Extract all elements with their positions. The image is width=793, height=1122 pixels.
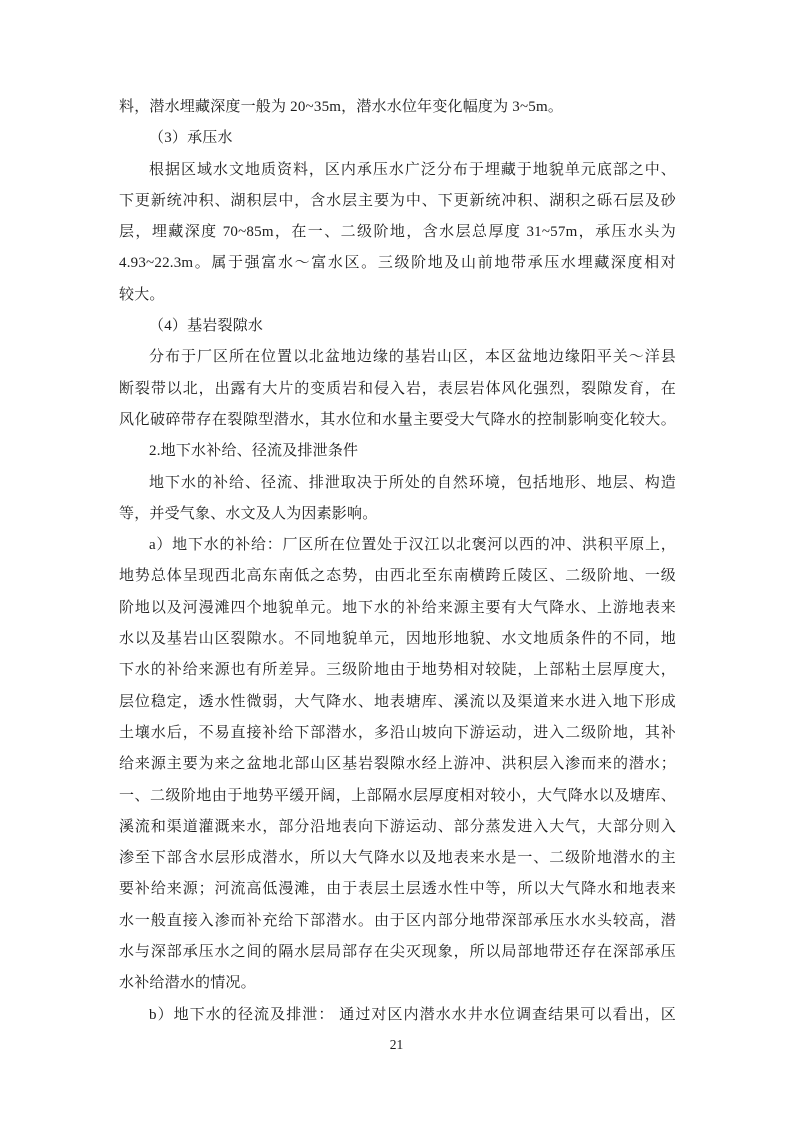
document-page: 料，潜水埋藏深度一般为 20~35m，潜水水位年变化幅度为 3~5m。 （3）承…: [0, 0, 793, 1122]
text-line: 根据区域水文地质资料，区内承压水广泛分布于埋藏于地貌单元底部之中、: [119, 155, 676, 186]
text-line: （3）承压水: [119, 123, 676, 154]
section-heading: 2.地下水补给、径流及排泄条件: [119, 436, 676, 467]
text-line: 土壤水后，不易直接补给下部潜水，多沿山坡向下游运动，进入二级阶地，其补: [119, 718, 676, 749]
text-line: 断裂带以北，出露有大片的变质岩和侵入岩，表层岩体风化强烈，裂隙发育，在: [119, 374, 676, 405]
text-line: 4.93~22.3m。属于强富水～富水区。三级阶地及山前地带承压水埋藏深度相对: [119, 248, 676, 279]
text-line: 水与深部承压水之间的隔水层局部存在尖灭现象，所以局部地带还存在深部承压: [119, 937, 676, 968]
text-line: 较大。: [119, 280, 676, 311]
text-line: 水一般直接入渗而补充给下部潜水。由于区内部分地带深部承压水水头较高，潜: [119, 906, 676, 937]
text-line: 分布于厂区所在位置以北盆地边缘的基岩山区，本区盆地边缘阳平关～洋县: [119, 342, 676, 373]
text-line: 料，潜水埋藏深度一般为 20~35m，潜水水位年变化幅度为 3~5m。: [119, 92, 676, 123]
text-line: 溪流和渠道灌溉来水，部分沿地表向下游运动、部分蒸发进入大气，大部分则入: [119, 812, 676, 843]
text-line: 层位稳定，透水性微弱，大气降水、地表塘库、溪流以及渠道来水进入地下形成: [119, 687, 676, 718]
text-line: （4）基岩裂隙水: [119, 311, 676, 342]
text-line: 下更新统冲积、湖积层中，含水层主要为中、下更新统冲积、湖积之砾石层及砂: [119, 186, 676, 217]
text-line: 下水的补给来源也有所差异。三级阶地由于地势相对较陡，上部粘土层厚度大，: [119, 655, 676, 686]
text-line: a）地下水的补给：厂区所在位置处于汉江以北褒河以西的冲、洪积平原上，: [119, 530, 676, 561]
page-body: 料，潜水埋藏深度一般为 20~35m，潜水水位年变化幅度为 3~5m。 （3）承…: [119, 92, 676, 1031]
text-line: 等，并受气象、水文及人为因素影响。: [119, 499, 676, 530]
text-line: 风化破碎带存在裂隙型潜水，其水位和水量主要受大气降水的控制影响变化较大。: [119, 405, 676, 436]
text-line: 层，埋藏深度 70~85m，在一、二级阶地，含水层总厚度 31~57m，承压水头…: [119, 217, 676, 248]
page-number: 21: [0, 1037, 793, 1053]
text-line: 地势总体呈现西北高东南低之态势，由西北至东南横跨丘陵区、二级阶地、一级: [119, 561, 676, 592]
text-line: 给来源主要为来之盆地北部山区基岩裂隙水经上游冲、洪积层入渗而来的潜水；: [119, 749, 676, 780]
text-line: 要补给来源；河流高低漫滩，由于表层土层透水性中等，所以大气降水和地表来: [119, 874, 676, 905]
text-line: b）地下水的径流及排泄： 通过对区内潜水水井水位调查结果可以看出，区: [119, 1000, 676, 1031]
text-line: 水以及基岩山区裂隙水。不同地貌单元，因地形地貌、水文地质条件的不同，地: [119, 624, 676, 655]
text-line: 一、二级阶地由于地势平缓开阔，上部隔水层厚度相对较小，大气降水以及塘库、: [119, 781, 676, 812]
text-line: 水补给潜水的情况。: [119, 968, 676, 999]
text-line: 渗至下部含水层形成潜水，所以大气降水以及地表来水是一、二级阶地潜水的主: [119, 843, 676, 874]
text-line: 阶地以及河漫滩四个地貌单元。地下水的补给来源主要有大气降水、上游地表来: [119, 593, 676, 624]
text-line: 地下水的补给、径流、排泄取决于所处的自然环境，包括地形、地层、构造: [119, 468, 676, 499]
